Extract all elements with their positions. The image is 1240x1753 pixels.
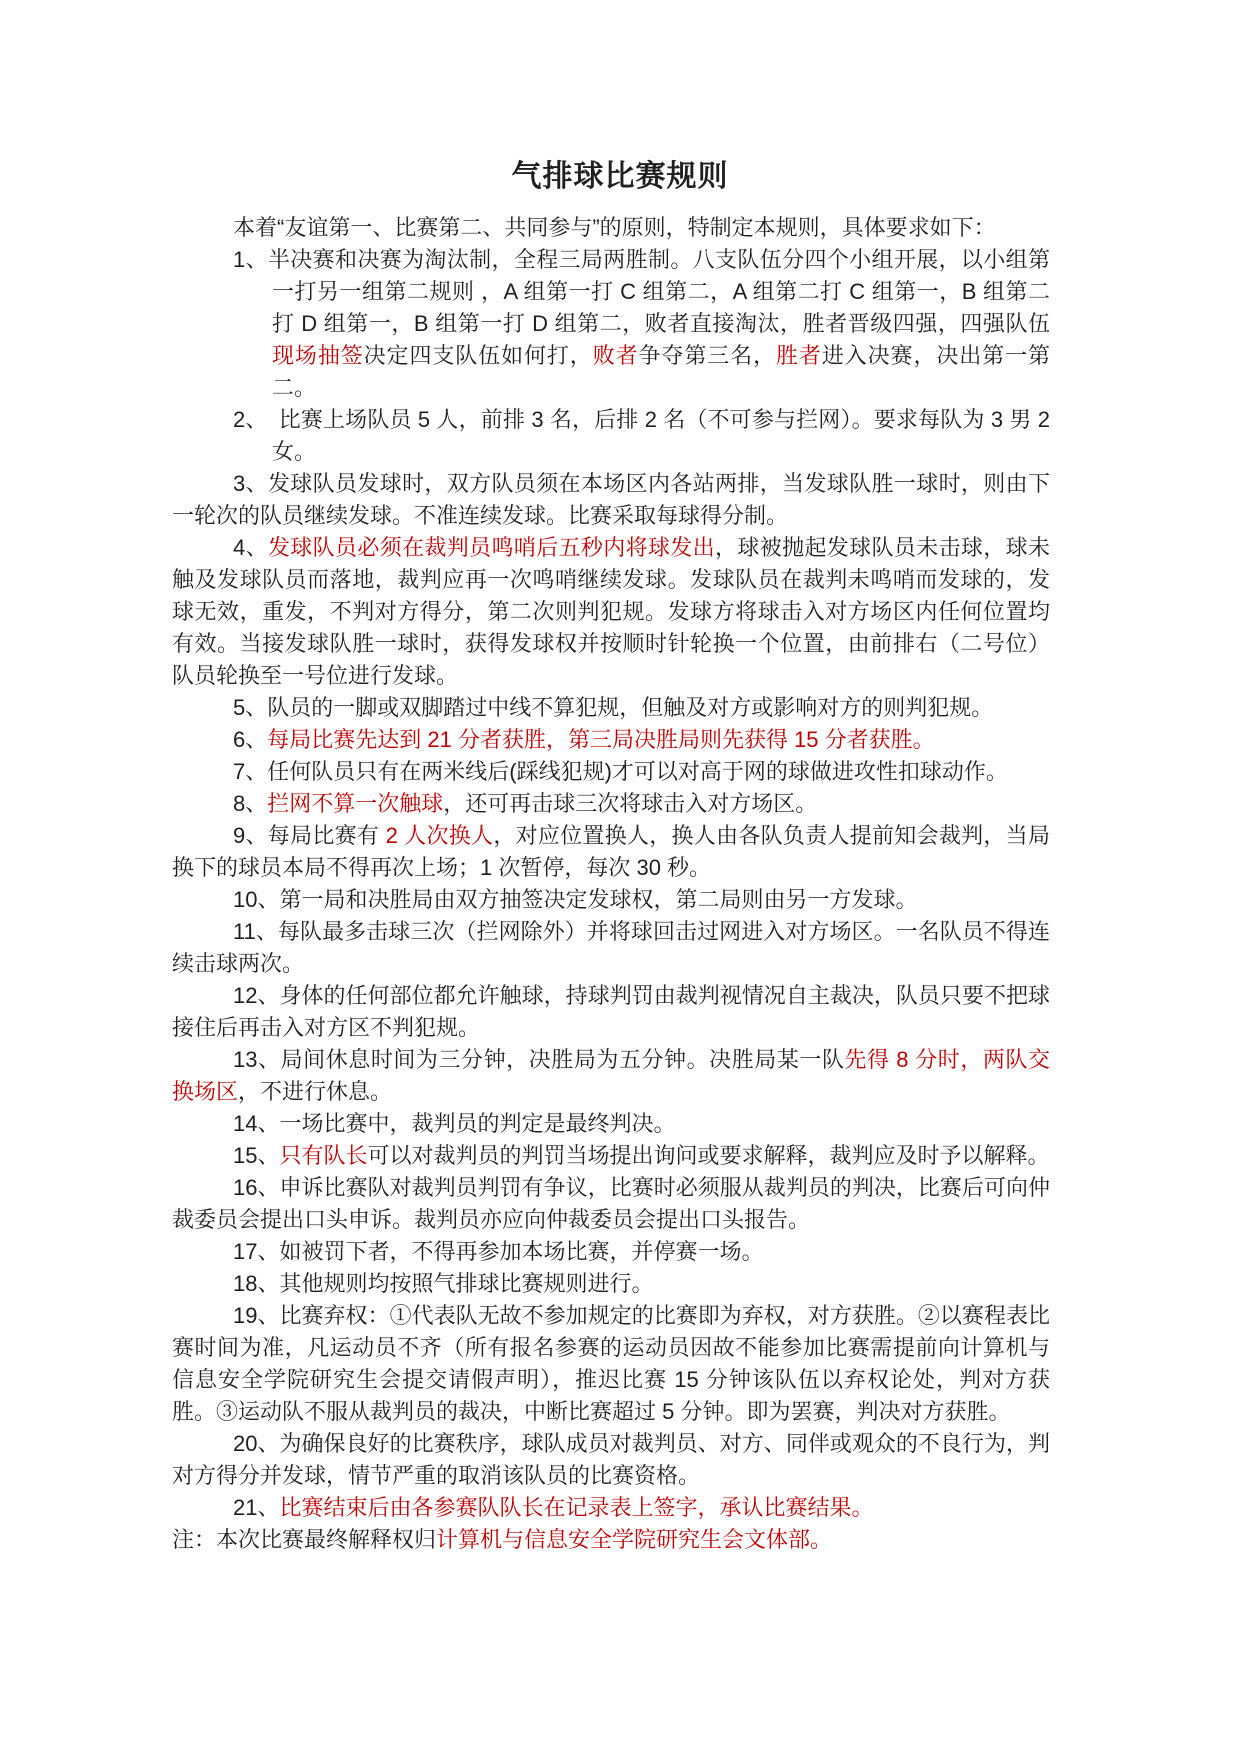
rule-number: 12、 bbox=[233, 983, 280, 1008]
rule-text: 决定四支队伍如何打， bbox=[364, 343, 593, 368]
document-body: 本着“友谊第一、比赛第二、共同参与”的原则，特制定本规则，具体要求如下： 1、半… bbox=[172, 212, 1050, 1556]
rule-text-red: 胜者 bbox=[776, 343, 822, 368]
rule-text: 如被罚下者，不得再参加本场比赛，并停赛一场。 bbox=[279, 1239, 763, 1264]
rule-item-12: 12、身体的任何部位都允许触球，持球判罚由裁判视情况自主裁决，队员只要不把球接住… bbox=[172, 980, 1050, 1044]
footnote-text-red: 计算机与信息安全学院研究生会文体部。 bbox=[436, 1527, 832, 1552]
rule-text: 队员的一脚或双脚踏过中线不算犯规，但触及对方或影响对方的则判犯规。 bbox=[267, 695, 993, 720]
rule-number: 17、 bbox=[233, 1239, 279, 1264]
rule-number: 1、 bbox=[233, 247, 268, 272]
rule-item-10: 10、第一局和决胜局由双方抽签决定发球权，第二局则由另一方发球。 bbox=[172, 884, 1050, 916]
rule-number: 8、 bbox=[233, 791, 267, 816]
rule-number: 11、 bbox=[233, 919, 278, 944]
footnote: 注：本次比赛最终解释权归计算机与信息安全学院研究生会文体部。 bbox=[172, 1524, 1050, 1556]
rule-number: 16、 bbox=[233, 1175, 280, 1200]
rule-number: 19、 bbox=[233, 1303, 280, 1328]
rule-item-6: 6、每局比赛先达到 21 分者获胜，第三局决胜局则先获得 15 分者获胜。 bbox=[172, 724, 1050, 756]
rule-text: ，不进行休息。 bbox=[238, 1079, 392, 1104]
rule-text: 半决赛和决赛为淘汰制，全程三局两胜制。八支队伍分四个小组开展，以小组第一打另一组… bbox=[268, 247, 1050, 336]
rule-text: 发球队员发球时，双方队员须在本场区内各站两排，当发球队胜一球时，则由下一轮次的队… bbox=[172, 471, 1050, 528]
rule-text: 为确保良好的比赛秩序，球队成员对裁判员、对方、同伴或观众的不良行为，判对方得分并… bbox=[172, 1431, 1050, 1488]
rule-number: 3、 bbox=[233, 471, 268, 496]
rule-number: 15、 bbox=[233, 1143, 279, 1168]
document-page: 气排球比赛规则 本着“友谊第一、比赛第二、共同参与”的原则，特制定本规则，具体要… bbox=[0, 0, 1240, 1753]
rule-item-7: 7、任何队员只有在两米线后(踩线犯规)才可以对高于网的球做进攻性扣球动作。 bbox=[172, 756, 1050, 788]
rule-number: 10、 bbox=[233, 887, 279, 912]
rule-number: 4、 bbox=[233, 535, 268, 560]
rule-item-3: 3、发球队员发球时，双方队员须在本场区内各站两排，当发球队胜一球时，则由下一轮次… bbox=[172, 468, 1050, 532]
rule-text: 争夺第三名， bbox=[639, 343, 776, 368]
rule-item-19: 19、比赛弃权：①代表队无故不参加规定的比赛即为弃权，对方获胜。②以赛程表比赛时… bbox=[172, 1300, 1050, 1428]
rule-text: 每局比赛有 bbox=[268, 823, 386, 848]
rule-item-1: 1、半决赛和决赛为淘汰制，全程三局两胜制。八支队伍分四个小组开展，以小组第一打另… bbox=[172, 244, 1050, 404]
rule-item-17: 17、如被罚下者，不得再参加本场比赛，并停赛一场。 bbox=[172, 1236, 1050, 1268]
rule-number: 5、 bbox=[233, 695, 267, 720]
rule-number: 7、 bbox=[233, 759, 267, 784]
rule-text-red: 败者 bbox=[593, 343, 639, 368]
rule-text: ，还可再击球三次将球击入对方场区。 bbox=[443, 791, 817, 816]
rule-item-13: 13、局间休息时间为三分钟，决胜局为五分钟。决胜局某一队先得 8 分时，两队交换… bbox=[172, 1044, 1050, 1108]
rule-text-red: 只有队长 bbox=[279, 1143, 367, 1168]
rule-number: 9、 bbox=[233, 823, 268, 848]
rule-number: 21、 bbox=[233, 1495, 279, 1520]
rule-text: 身体的任何部位都允许触球，持球判罚由裁判视情况自主裁决，队员只要不把球接住后再击… bbox=[172, 983, 1050, 1040]
rule-text: 其他规则均按照气排球比赛规则进行。 bbox=[279, 1271, 653, 1296]
rule-item-15: 15、只有队长可以对裁判员的判罚当场提出询问或要求解释，裁判应及时予以解释。 bbox=[172, 1140, 1050, 1172]
rule-text: 第一局和决胜局由双方抽签决定发球权，第二局则由另一方发球。 bbox=[279, 887, 917, 912]
rule-number: 18、 bbox=[233, 1271, 279, 1296]
rule-text: 申诉比赛队对裁判员判罚有争议，比赛时必须服从裁判员的判决，比赛后可向仲裁委员会提… bbox=[172, 1175, 1050, 1232]
footnote-text: 注：本次比赛最终解释权归 bbox=[172, 1527, 436, 1552]
rule-text: 任何队员只有在两米线后(踩线犯规)才可以对高于网的球做进攻性扣球动作。 bbox=[267, 759, 1008, 784]
intro-paragraph: 本着“友谊第一、比赛第二、共同参与”的原则，特制定本规则，具体要求如下： bbox=[172, 212, 1050, 244]
rule-item-18: 18、其他规则均按照气排球比赛规则进行。 bbox=[172, 1268, 1050, 1300]
rule-item-11: 11、每队最多击球三次（拦网除外）并将球回击过网进入对方场区。一名队员不得连续击… bbox=[172, 916, 1050, 980]
rule-text-red: 现场抽签 bbox=[272, 343, 364, 368]
rule-text: 比赛上场队员 5 人，前排 3 名，后排 2 名（不可参与拦网）。要求每队为 3… bbox=[257, 407, 1050, 464]
rule-item-21: 21、比赛结束后由各参赛队队长在记录表上签字，承认比赛结果。 bbox=[172, 1492, 1050, 1524]
rule-text-red: 比赛结束后由各参赛队队长在记录表上签字，承认比赛结果。 bbox=[279, 1495, 873, 1520]
rule-item-8: 8、拦网不算一次触球，还可再击球三次将球击入对方场区。 bbox=[172, 788, 1050, 820]
rule-number: 2、 bbox=[233, 407, 257, 432]
rule-number: 14、 bbox=[233, 1111, 279, 1136]
rule-number: 13、 bbox=[233, 1047, 281, 1072]
rule-text-red: 发球队员必须在裁判员鸣哨后五秒内将球发出 bbox=[268, 535, 715, 560]
rule-text: 可以对裁判员的判罚当场提出询问或要求解释，裁判应及时予以解释。 bbox=[368, 1143, 1050, 1168]
rule-item-16: 16、申诉比赛队对裁判员判罚有争议，比赛时必须服从裁判员的判决，比赛后可向仲裁委… bbox=[172, 1172, 1050, 1236]
rule-text-red: 2 人次换人 bbox=[386, 823, 494, 848]
rule-item-2: 2、 比赛上场队员 5 人，前排 3 名，后排 2 名（不可参与拦网）。要求每队… bbox=[172, 404, 1050, 468]
rule-text: 局间休息时间为三分钟，决胜局为五分钟。决胜局某一队 bbox=[281, 1047, 845, 1072]
rule-text-red: 每局比赛先达到 21 分者获胜，第三局决胜局则先获得 15 分者获胜。 bbox=[267, 727, 934, 752]
rule-text: 一场比赛中，裁判员的判定是最终判决。 bbox=[279, 1111, 675, 1136]
page-title: 气排球比赛规则 bbox=[0, 156, 1240, 198]
rule-number: 20、 bbox=[233, 1431, 280, 1456]
rule-item-14: 14、一场比赛中，裁判员的判定是最终判决。 bbox=[172, 1108, 1050, 1140]
rule-item-9: 9、每局比赛有 2 人次换人，对应位置换人，换人由各队负责人提前知会裁判，当局换… bbox=[172, 820, 1050, 884]
rule-text: 比赛弃权：①代表队无故不参加规定的比赛即为弃权，对方获胜。②以赛程表比赛时间为准… bbox=[172, 1303, 1050, 1424]
rule-text: 每队最多击球三次（拦网除外）并将球回击过网进入对方场区。一名队员不得连续击球两次… bbox=[172, 919, 1050, 976]
rule-text-red: 拦网不算一次触球 bbox=[267, 791, 443, 816]
rule-number: 6、 bbox=[233, 727, 267, 752]
rule-item-20: 20、为确保良好的比赛秩序，球队成员对裁判员、对方、同伴或观众的不良行为，判对方… bbox=[172, 1428, 1050, 1492]
rules-list: 1、半决赛和决赛为淘汰制，全程三局两胜制。八支队伍分四个小组开展，以小组第一打另… bbox=[172, 244, 1050, 1524]
rule-item-5: 5、队员的一脚或双脚踏过中线不算犯规，但触及对方或影响对方的则判犯规。 bbox=[172, 692, 1050, 724]
rule-item-4: 4、发球队员必须在裁判员鸣哨后五秒内将球发出，球被抛起发球队员未击球，球未触及发… bbox=[172, 532, 1050, 692]
